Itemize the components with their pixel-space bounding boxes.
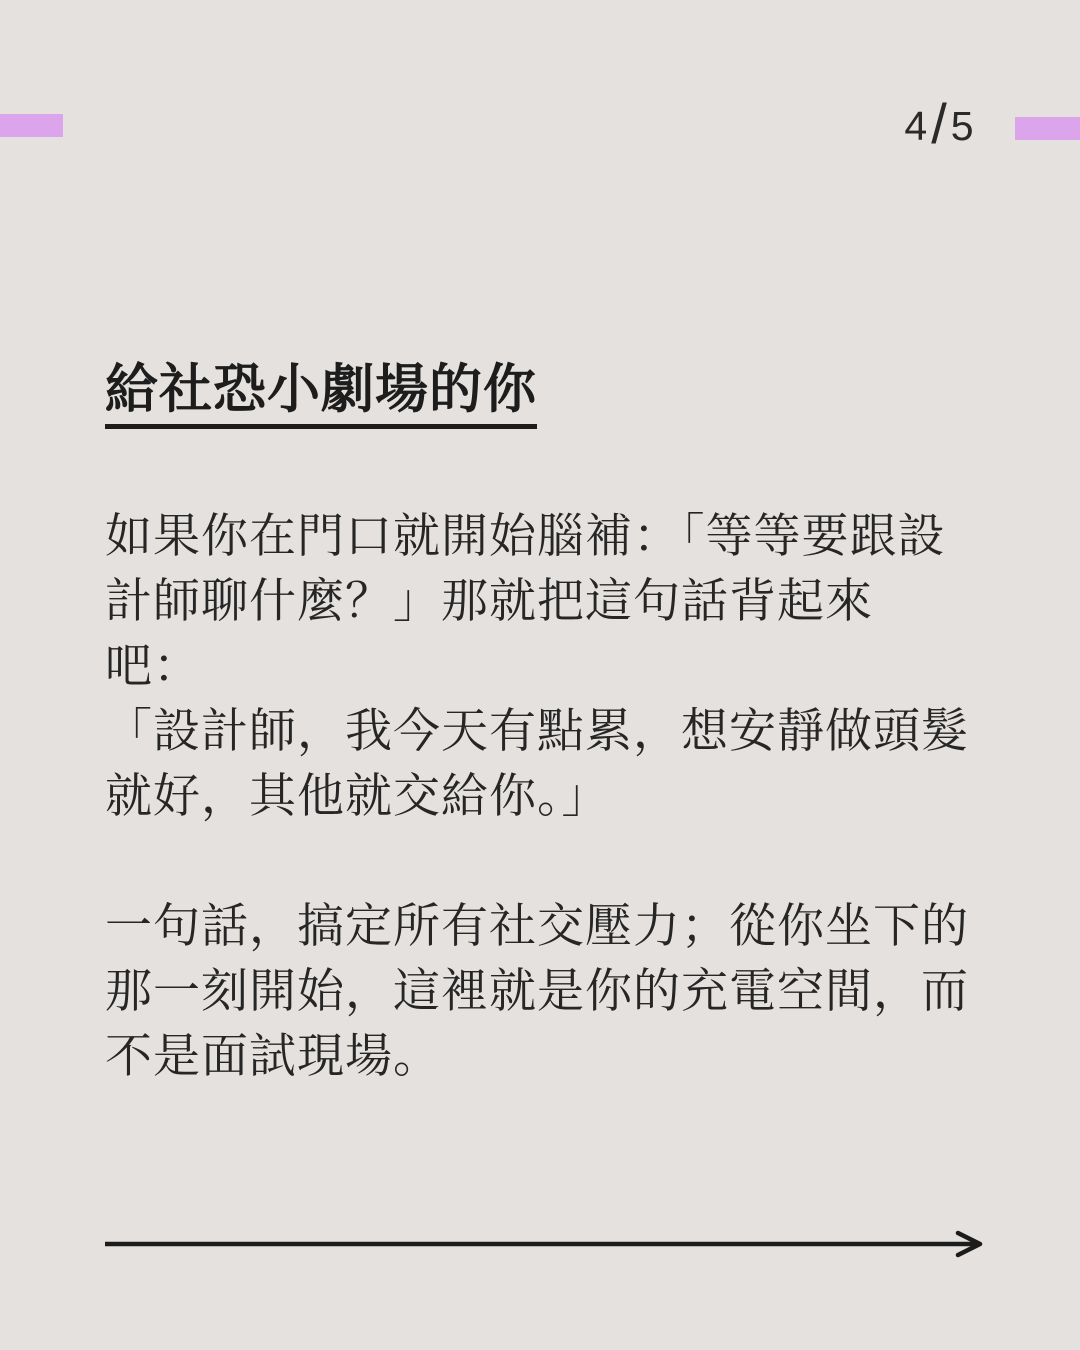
next-arrow-icon[interactable] [103, 1225, 989, 1263]
accent-bar-left [0, 114, 63, 137]
paragraph-1: 如果你在門口就開始腦補：「等等要跟設 計師聊什麼？」那就把這句話背起來 吧： 「… [105, 503, 995, 828]
carousel-slide: 4 / 5 給社恐小劇場的你 如果你在門口就開始腦補：「等等要跟設 計師聊什麼？… [0, 0, 1080, 1350]
accent-bar-right [1015, 117, 1080, 140]
paragraph-2: 一句話，搞定所有社交壓力；從你坐下的 那一刻開始，這裡就是你的充電空間，而 不是… [105, 893, 995, 1088]
page-indicator-separator: / [931, 96, 947, 152]
text-line: 不是面試現場。 [105, 1023, 995, 1088]
text-line: 如果你在門口就開始腦補：「等等要跟設 [105, 503, 995, 568]
page-indicator-current: 4 [904, 106, 927, 147]
text-line: 吧： [105, 633, 995, 698]
text-line: 計師聊什麼？」那就把這句話背起來 [105, 568, 995, 633]
page-title: 給社恐小劇場的你 [105, 363, 537, 429]
text-line: 那一刻開始，這裡就是你的充電空間，而 [105, 958, 995, 1023]
text-line: 一句話，搞定所有社交壓力；從你坐下的 [105, 893, 995, 958]
text-line: 就好，其他就交給你。」 [105, 763, 995, 828]
page-indicator: 4 / 5 [893, 96, 985, 156]
text-line: 「設計師，我今天有點累，想安靜做頭髮 [105, 698, 995, 763]
page-indicator-total: 5 [951, 106, 974, 147]
